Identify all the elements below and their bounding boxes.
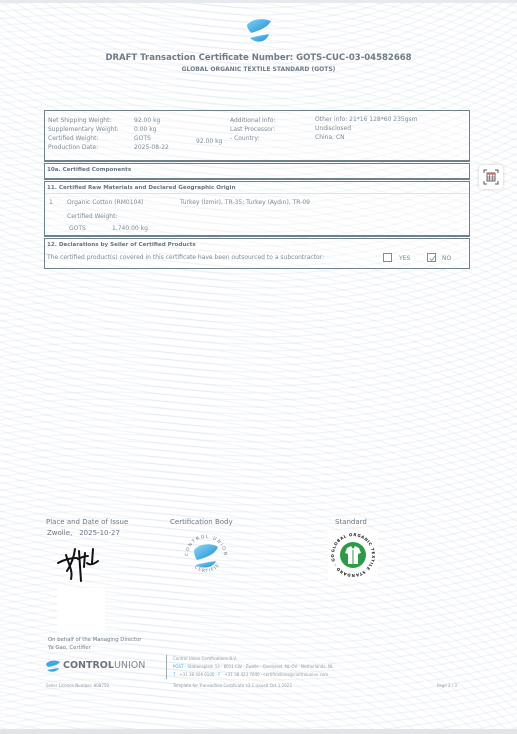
certified-components-heading: 10a. Certified Components [45, 164, 469, 175]
raw-material-index: 1 [49, 199, 53, 206]
footer-divider [166, 655, 167, 679]
certified-weight-value: 92.00 kg [196, 138, 222, 145]
control-union-certified-seal: CONTROL UNION CERTIFIED [180, 530, 232, 582]
certificate-page: DRAFT Transaction Certificate Number: GO… [0, 3, 517, 729]
company-name: Control Union Certifications B.V. [173, 656, 237, 661]
no-checkbox[interactable] [427, 253, 436, 262]
on-behalf-text: On behalf of the Managing Director [48, 637, 142, 643]
declarations-heading: 12. Declarations by Seller of Certified … [45, 239, 469, 250]
raw-material-certified-weight-label: Certified Weight: [67, 213, 117, 220]
yes-label: YES [399, 255, 410, 262]
country-label: - Country: [230, 135, 260, 142]
yes-checkbox[interactable] [383, 253, 392, 262]
no-label: NO [442, 255, 451, 262]
divider [45, 193, 469, 194]
certification-body-label: Certification Body [170, 518, 233, 526]
country-value: China, CN [315, 134, 345, 141]
page-number: Page 2 / 3 [437, 683, 457, 688]
supplementary-weight-label: Supplementary Weight: [48, 126, 119, 133]
raw-materials-heading: 11. Certified Raw Materials and Declared… [45, 182, 469, 193]
production-date-label: Production Date: [48, 144, 98, 151]
production-date-value: 2025-08-22 [134, 144, 169, 151]
company-contact: T · +31 38 426 0100 · F · +31 38 423 704… [173, 672, 331, 677]
place-date-label: Place and Date of Issue [46, 518, 128, 526]
certificate-title: DRAFT Transaction Certificate Number: GO… [0, 53, 517, 63]
control-union-logo-icon [244, 16, 274, 46]
certificate-subtitle: GLOBAL ORGANIC TEXTILE STANDARD (GOTS) [0, 66, 517, 73]
checkmark-icon [428, 254, 437, 263]
net-shipping-weight-label: Net Shipping Weight: [48, 117, 111, 124]
company-address: POST · Stationsplein 13 · 8011 CW · Zwol… [173, 664, 333, 669]
raw-material-weight: 1,740.00 kg [112, 225, 148, 232]
signer-name: Ya Gao, Certifier [48, 645, 91, 651]
last-processor-value: Undisclosed [315, 125, 351, 132]
gots-logo-seal: GLOBAL ORGANIC TEXTILE STANDARD · GOTS · [328, 530, 378, 580]
declarations-box: 12. Declarations by Seller of Certified … [44, 238, 470, 269]
control-union-small-logo-icon [45, 660, 61, 673]
supplementary-weight-value: 0.00 kg [134, 126, 157, 133]
stamp-placeholder [57, 588, 105, 634]
viewer-bottom-edge [0, 729, 517, 734]
certified-components-box: 10a. Certified Components [44, 163, 470, 180]
standard-label: Standard [335, 518, 367, 526]
raw-material-standard: GOTS [69, 225, 86, 232]
raw-material-name: Organic Cotton (RM0104) [67, 199, 144, 206]
table-select-button[interactable] [479, 165, 503, 189]
raw-material-origin: Turkey (İzmir), TR-35; Turkey (Aydın), T… [180, 199, 310, 206]
raw-materials-box: 11. Certified Raw Materials and Declared… [44, 181, 470, 237]
table-select-icon [479, 165, 503, 189]
additional-info-value: Other info: 21*16 128*60 235gsm [315, 116, 418, 123]
additional-info-label: Additional Info: [230, 117, 275, 124]
template-version: Template for Transaction Certificate v3.… [173, 683, 292, 688]
certified-weight-label: Certified Weight: [48, 135, 98, 142]
net-shipping-weight-value: 92.00 kg [134, 117, 160, 124]
handwritten-signature [55, 541, 105, 586]
shipment-details-box: Net Shipping Weight: 92.00 kg Supplement… [44, 110, 470, 162]
control-union-wordmark: CONTROLUNION [63, 660, 145, 671]
seller-licence-number: Seller Licence Number: 808759 [46, 683, 109, 688]
place-date-value: Zwolle、 2025-10-27 [47, 528, 120, 538]
certified-weight-standard: GOTS [134, 135, 151, 142]
last-processor-label: Last Processor: [230, 126, 275, 133]
subcontractor-statement: The certified product(s) covered in this… [47, 254, 324, 261]
